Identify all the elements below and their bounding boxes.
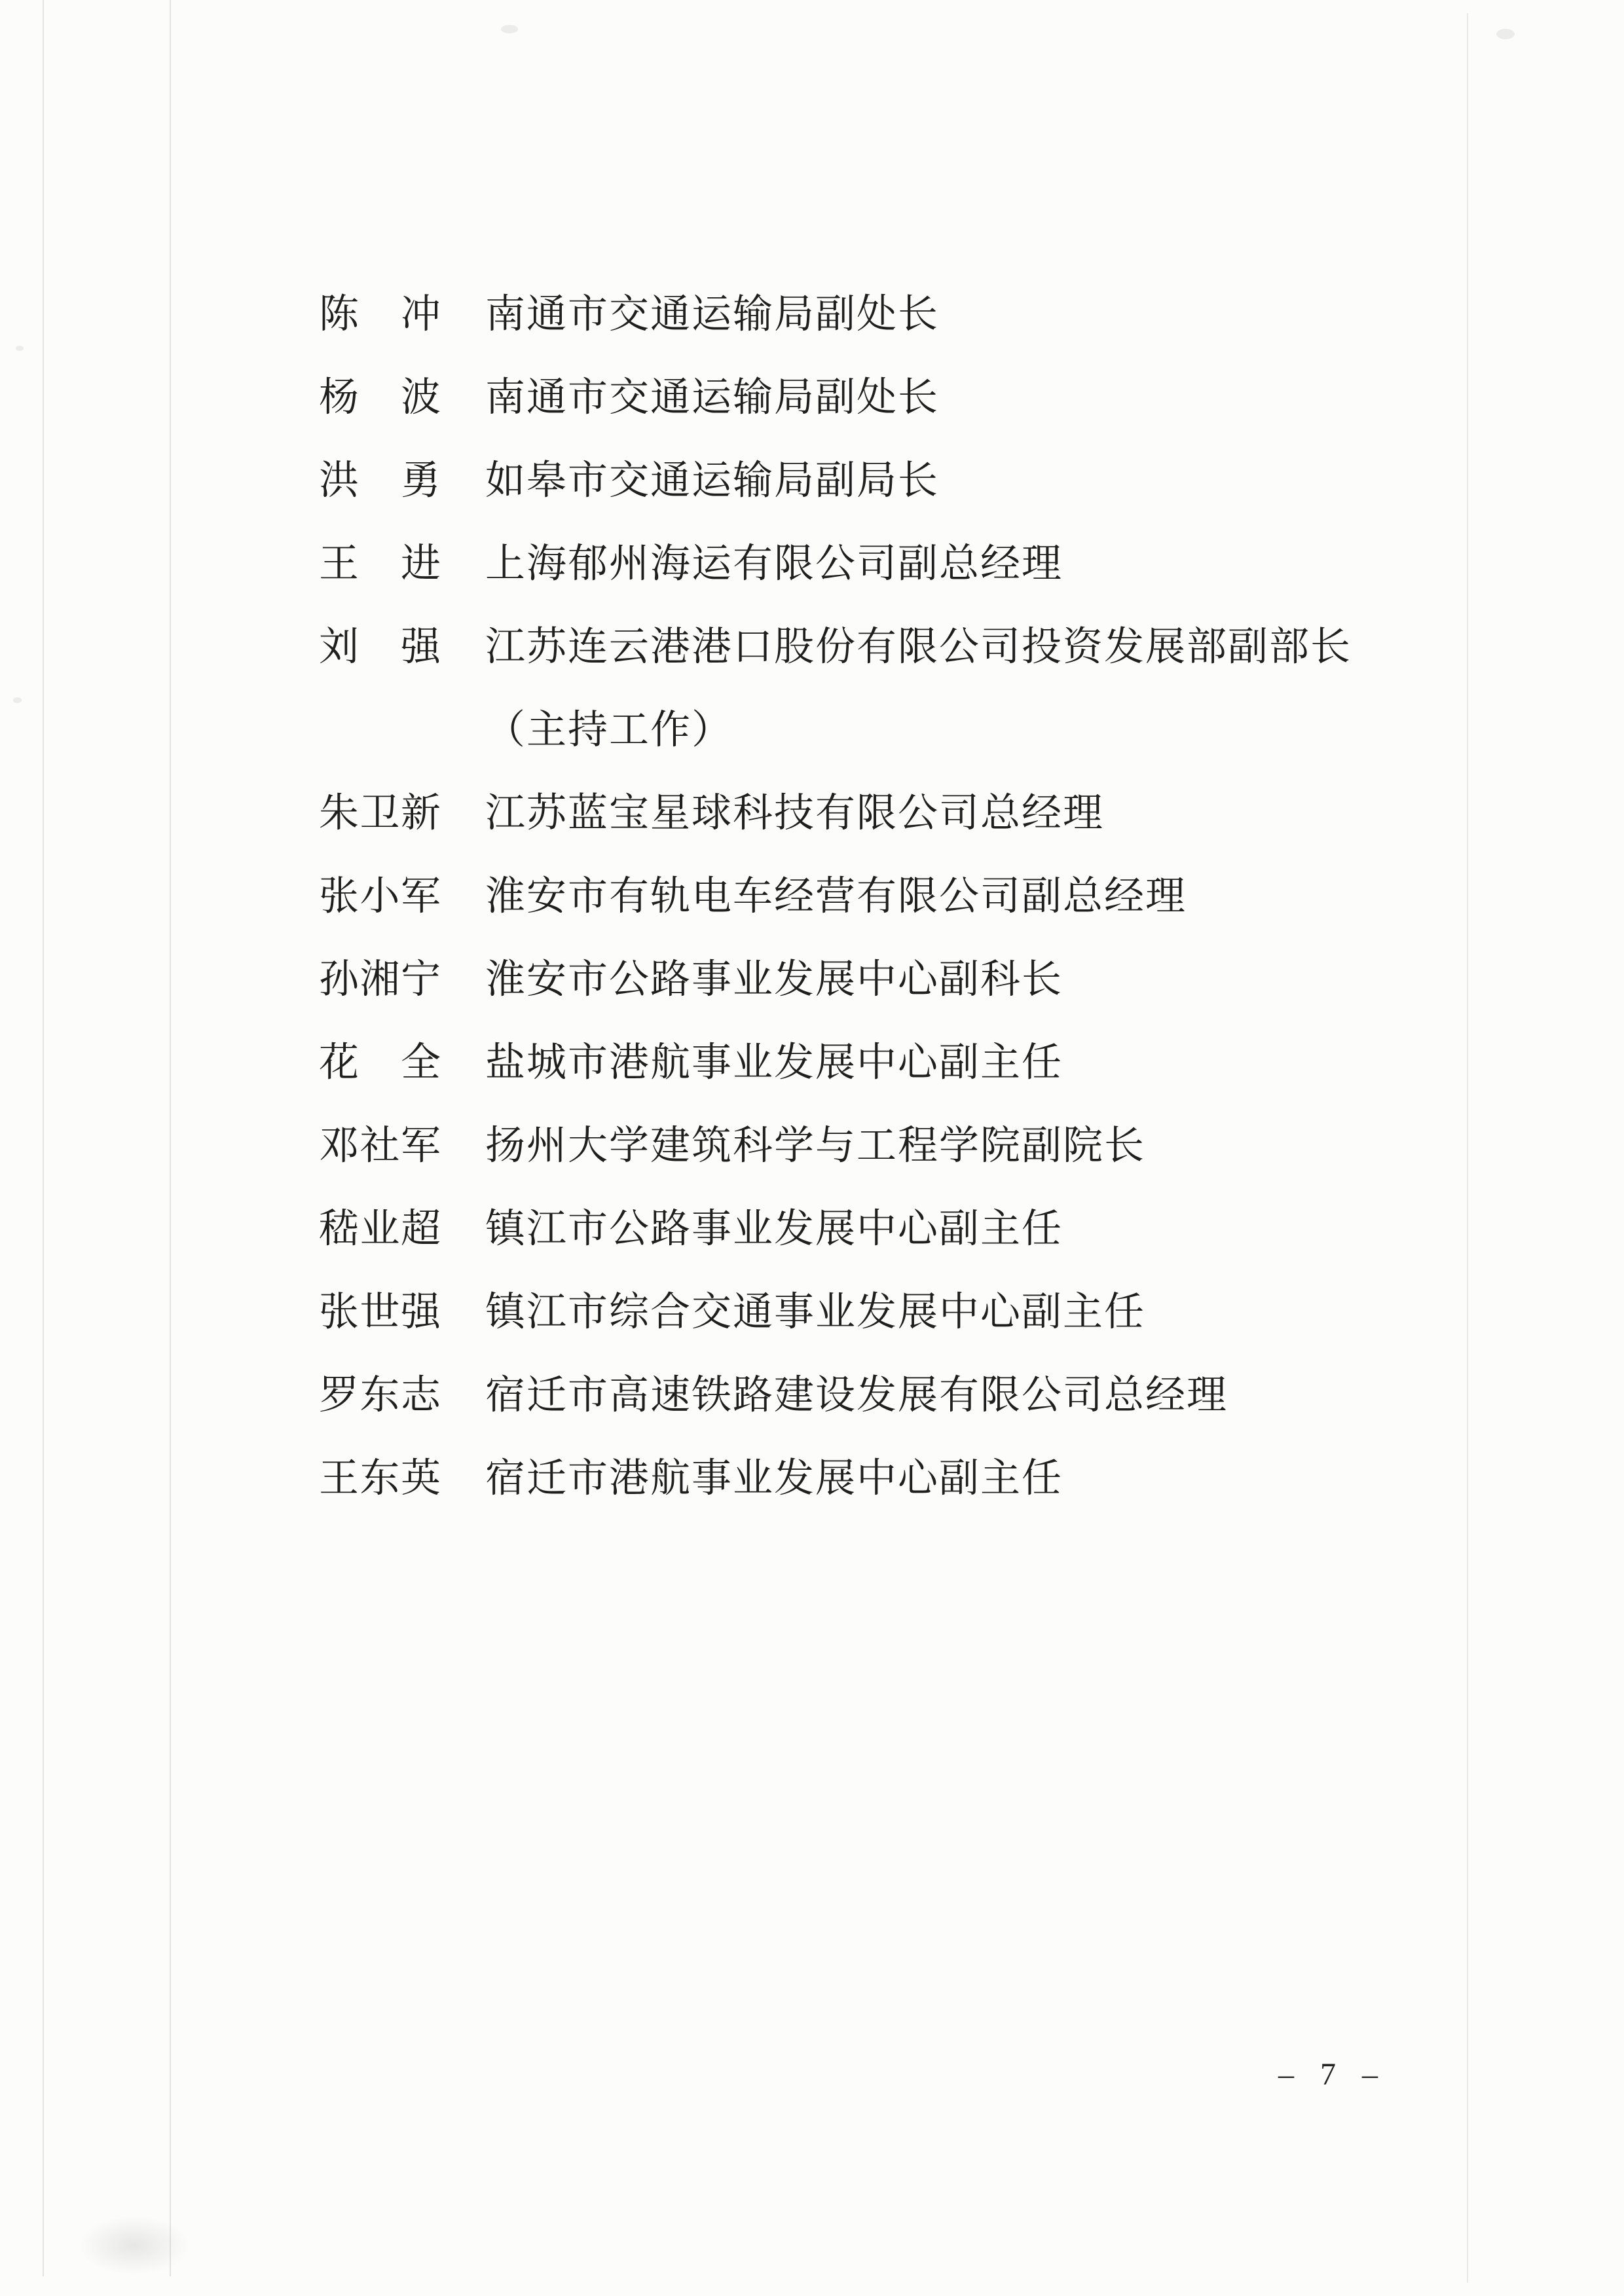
scan-smudge bbox=[79, 2216, 190, 2275]
person-title: 淮安市公路事业发展中心副科长 bbox=[485, 938, 1063, 1021]
person-title: 盐城市港航事业发展中心副主任 bbox=[485, 1021, 1063, 1104]
person-title: 南通市交通运输局副处长 bbox=[485, 356, 939, 439]
roster-row: 张小军 淮安市有轨电车经营有限公司副总经理 bbox=[319, 855, 1352, 938]
roster-row: 嵇业超 镇江市公路事业发展中心副主任 bbox=[319, 1188, 1352, 1271]
person-name: 陈冲 bbox=[319, 273, 441, 356]
scan-speck bbox=[13, 697, 22, 703]
person-title: 宿迁市高速铁路建设发展有限公司总经理 bbox=[485, 1354, 1228, 1437]
roster-row: 花全 盐城市港航事业发展中心副主任 bbox=[319, 1021, 1352, 1104]
roster-row: 孙湘宁 淮安市公路事业发展中心副科长 bbox=[319, 938, 1352, 1021]
person-name: 花全 bbox=[319, 1021, 441, 1104]
roster-row: 陈冲 南通市交通运输局副处长 bbox=[319, 273, 1352, 356]
roster-row: 杨波 南通市交通运输局副处长 bbox=[319, 356, 1352, 439]
person-name: 杨波 bbox=[319, 356, 441, 439]
roster-row: 邓社军 扬州大学建筑科学与工程学院副院长 bbox=[319, 1104, 1352, 1188]
person-title: 淮安市有轨电车经营有限公司副总经理 bbox=[485, 855, 1187, 938]
person-title: 江苏蓝宝星球科技有限公司总经理 bbox=[485, 772, 1104, 855]
scan-speck bbox=[16, 346, 24, 351]
scan-artifact-line-left-inner bbox=[170, 0, 171, 2276]
person-title: 宿迁市港航事业发展中心副主任 bbox=[485, 1437, 1063, 1520]
page-number: – 7 – bbox=[1278, 2056, 1387, 2094]
scan-artifact-line-right bbox=[1467, 13, 1468, 2283]
roster-row: 王进 上海郁州海运有限公司副总经理 bbox=[319, 522, 1352, 606]
scan-speck bbox=[501, 25, 518, 33]
person-name: 王东英 bbox=[319, 1437, 441, 1520]
roster-row: 罗东志 宿迁市高速铁路建设发展有限公司总经理 bbox=[319, 1354, 1352, 1437]
roster-row: 张世强 镇江市综合交通事业发展中心副主任 bbox=[319, 1271, 1352, 1354]
roster-row: 刘强 江苏连云港港口股份有限公司投资发展部副部长（主持工作） bbox=[319, 606, 1352, 772]
person-name: 罗东志 bbox=[319, 1354, 441, 1437]
roster-row: 朱卫新 江苏蓝宝星球科技有限公司总经理 bbox=[319, 772, 1352, 855]
roster-row: 洪勇 如皋市交通运输局副局长 bbox=[319, 439, 1352, 522]
scan-artifact-line-left-outer bbox=[43, 0, 44, 2276]
person-name: 嵇业超 bbox=[319, 1188, 441, 1271]
person-name: 洪勇 bbox=[319, 439, 441, 522]
person-title-note: （主持工作） bbox=[485, 689, 1352, 772]
roster-row: 王东英 宿迁市港航事业发展中心副主任 bbox=[319, 1437, 1352, 1520]
person-title: 镇江市综合交通事业发展中心副主任 bbox=[485, 1271, 1145, 1354]
person-name: 刘强 bbox=[319, 606, 441, 689]
person-title: 上海郁州海运有限公司副总经理 bbox=[485, 522, 1063, 606]
person-title: 南通市交通运输局副处长 bbox=[485, 273, 939, 356]
person-name: 张小军 bbox=[319, 855, 441, 938]
person-title: 江苏连云港港口股份有限公司投资发展部副部长（主持工作） bbox=[485, 606, 1352, 772]
person-name: 朱卫新 bbox=[319, 772, 441, 855]
scan-speck bbox=[1496, 29, 1515, 39]
person-title: 镇江市公路事业发展中心副主任 bbox=[485, 1188, 1063, 1271]
person-name: 孙湘宁 bbox=[319, 938, 441, 1021]
person-title: 扬州大学建筑科学与工程学院副院长 bbox=[485, 1104, 1145, 1188]
appointee-roster: 陈冲 南通市交通运输局副处长 杨波 南通市交通运输局副处长 洪勇 如皋市交通运输… bbox=[319, 273, 1352, 1520]
person-name: 王进 bbox=[319, 522, 441, 606]
person-title: 如皋市交通运输局副局长 bbox=[485, 439, 939, 522]
document-page: 陈冲 南通市交通运输局副处长 杨波 南通市交通运输局副处长 洪勇 如皋市交通运输… bbox=[0, 0, 1624, 2296]
person-name: 邓社军 bbox=[319, 1104, 441, 1188]
person-name: 张世强 bbox=[319, 1271, 441, 1354]
